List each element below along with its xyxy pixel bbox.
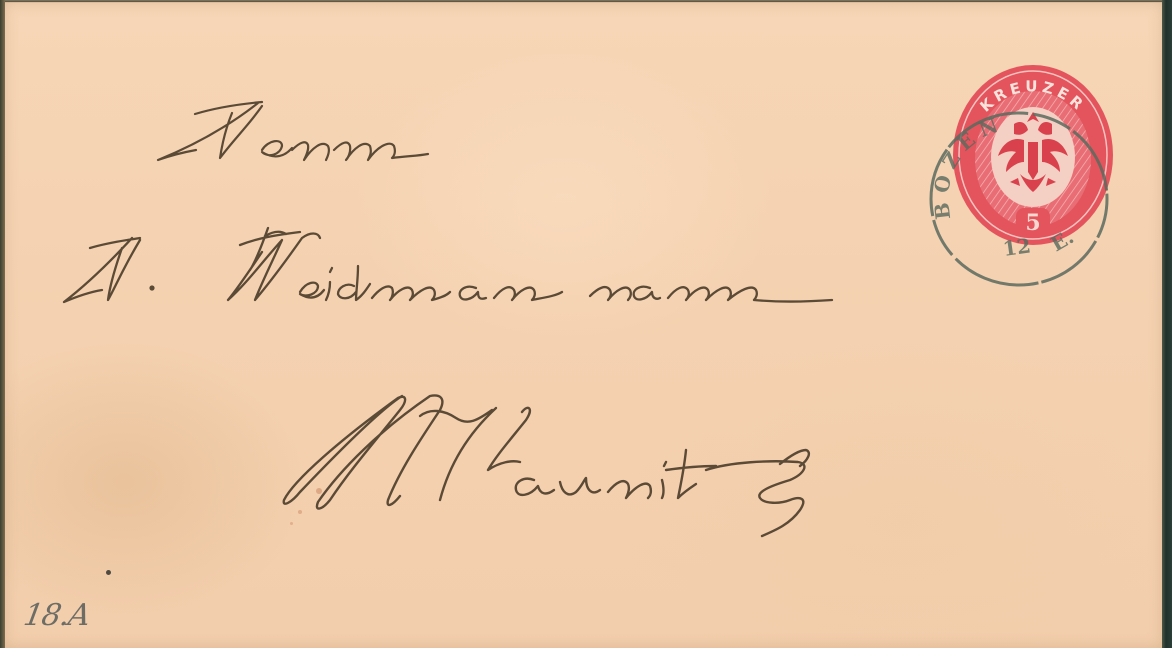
ink-speck [106,570,111,575]
envelope-scan: Herrn H. Weidmann [0,0,1172,648]
postmark-cancel: BOZEN 12 E. [924,106,1114,296]
postmark-suffix: E. [1047,224,1078,256]
postmark-date: 12 [1001,233,1032,261]
salutation-script: Herrn [0,0,428,160]
foxing-spot [290,522,293,525]
foxing-spot [298,510,302,514]
pencil-note: 18.A [21,598,93,633]
foxing-spot [316,488,322,494]
name-script: H. Weidmann [0,0,832,302]
initial-period [149,285,154,290]
postmark-town: BOZEN [929,111,1008,221]
place-script: in Kaunitz [0,0,809,536]
place-text: in Kaunitz [0,0,67,4]
